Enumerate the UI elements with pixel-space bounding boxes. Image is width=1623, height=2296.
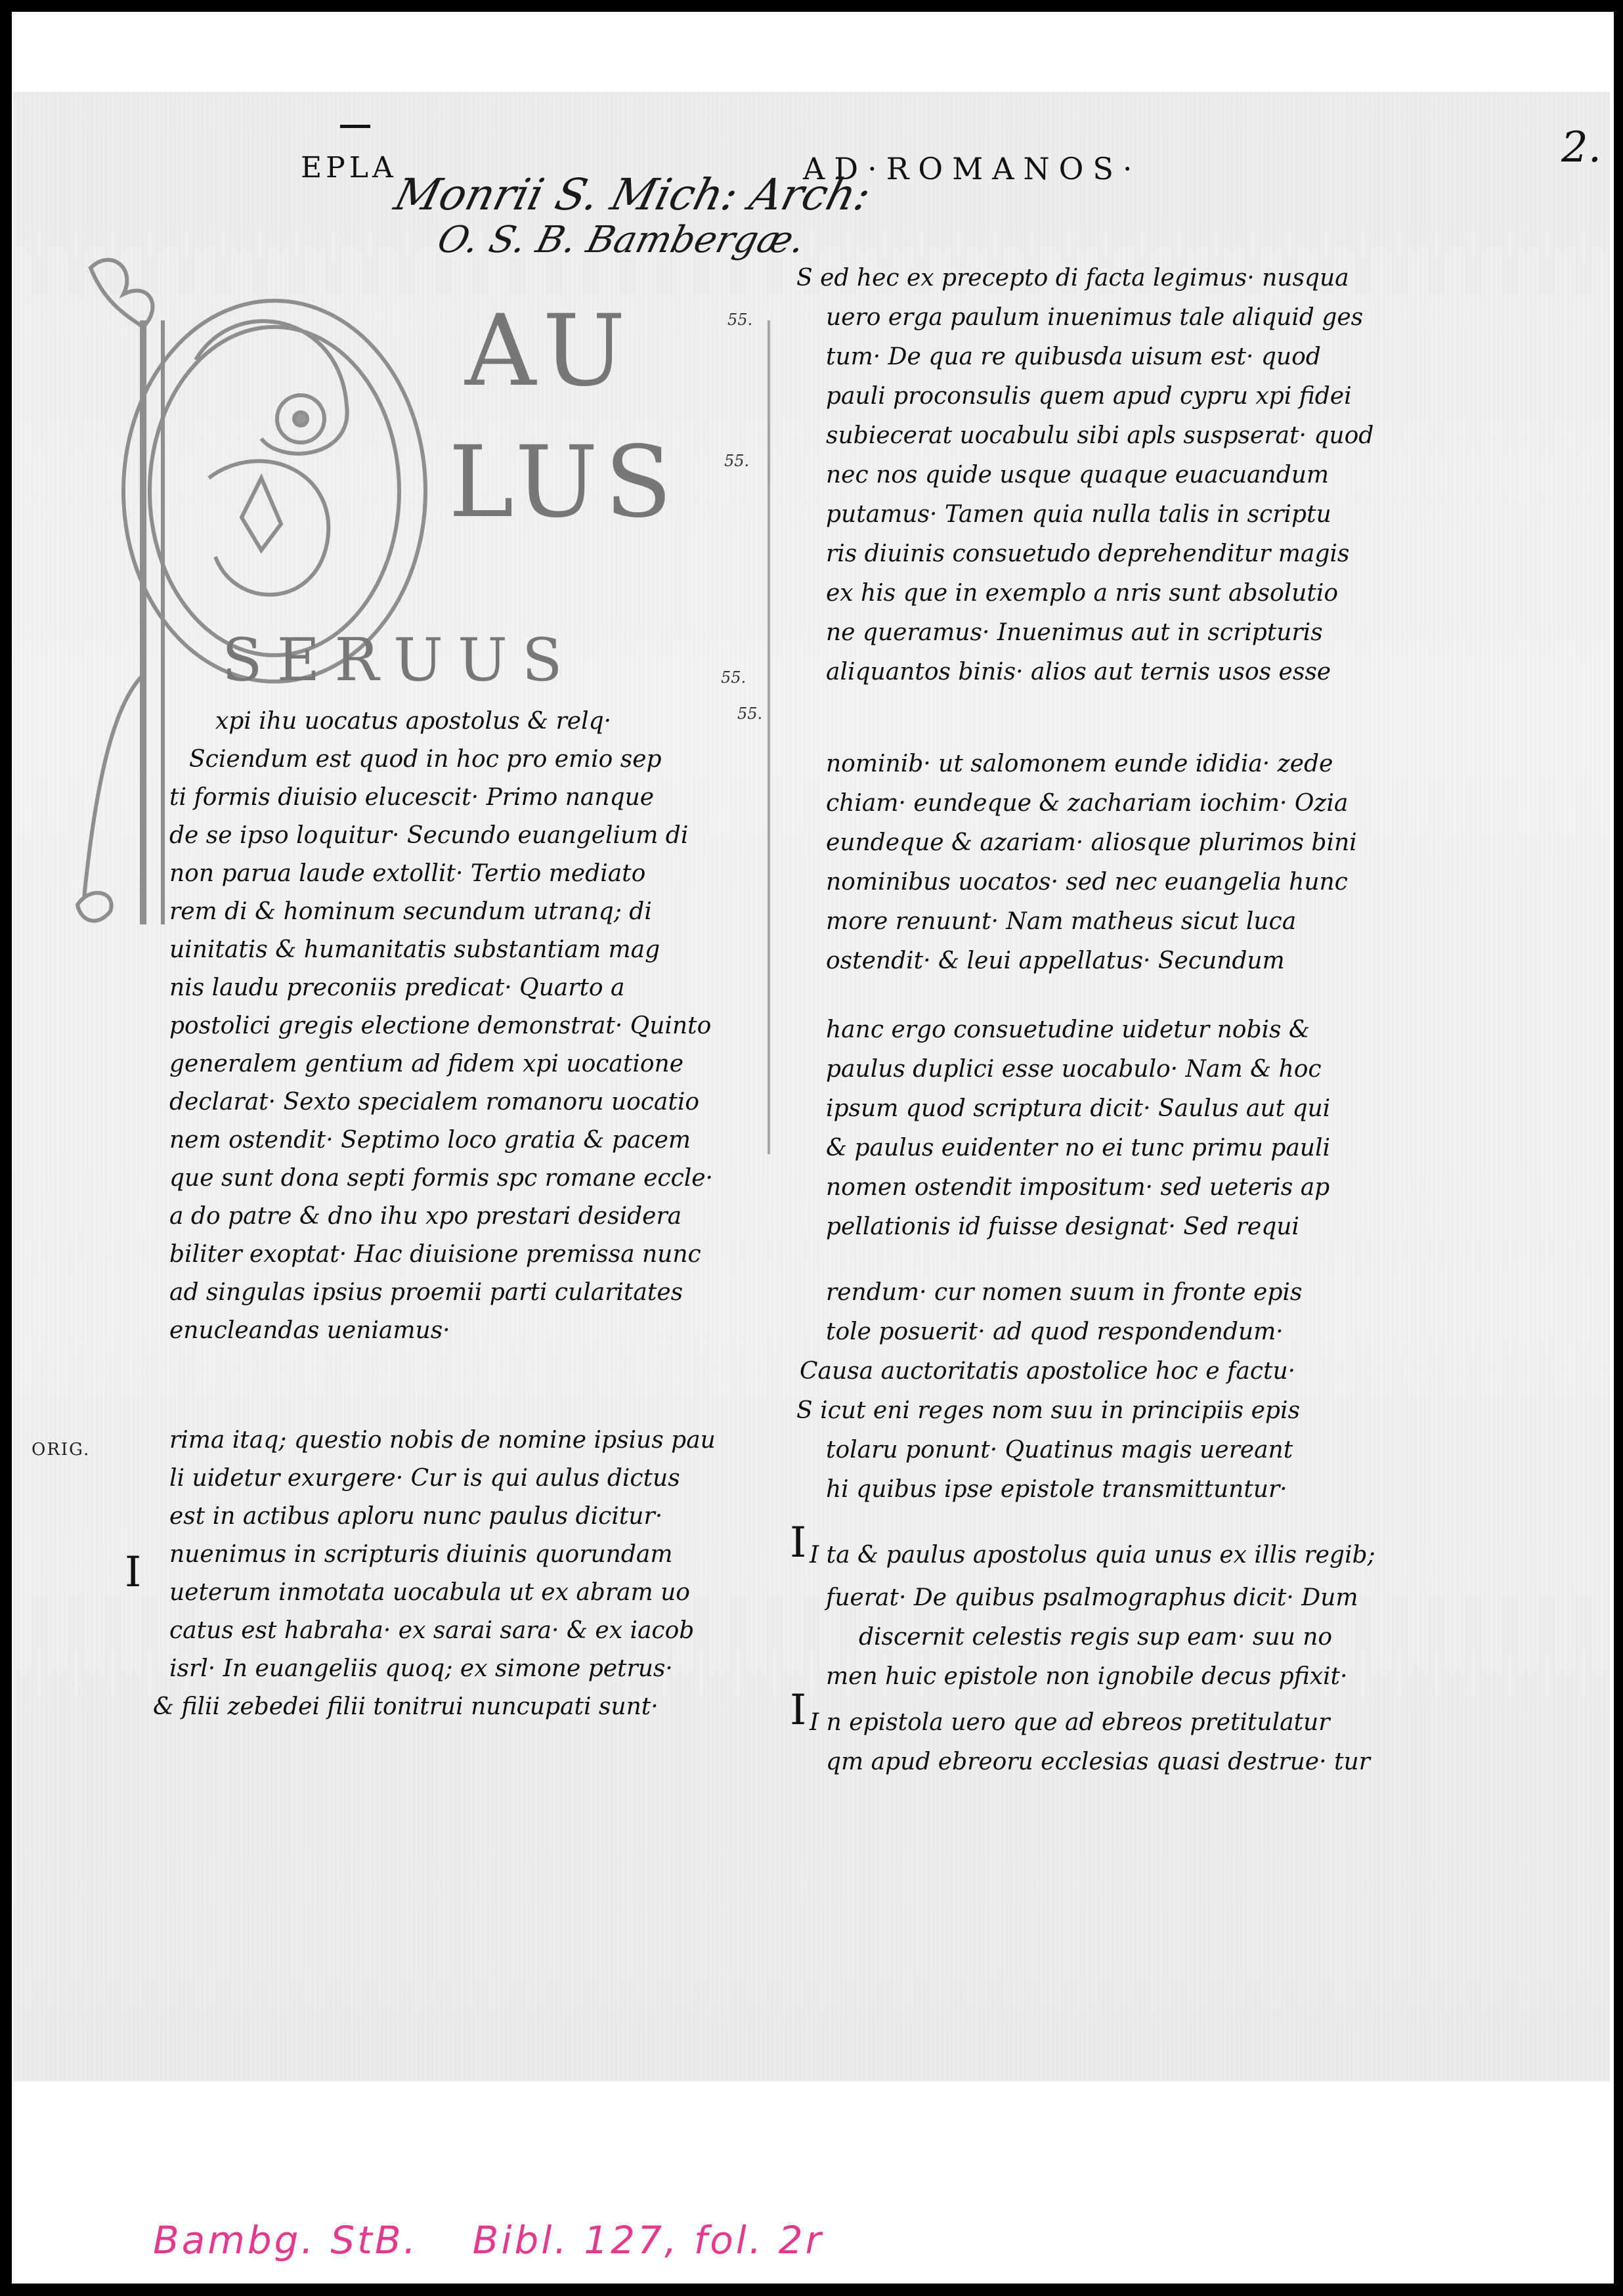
margin-note-orig: ORIG. [32, 1440, 90, 1460]
text-line: pauli proconsulis quem apud cypru xpi fi… [826, 383, 1352, 410]
text-line: catus est habraha· ex sarai sara· & ex i… [169, 1617, 694, 1644]
text-line: enucleandas ueniamus· [169, 1317, 450, 1344]
owner-inscription-line1: Monrii S. Mich: Arch: [389, 169, 876, 220]
text-line: I ta & paulus apostolus quia unus ex ill… [810, 1542, 1375, 1569]
paragraph-initial-i: I [125, 1548, 141, 1597]
text-line: nem ostendit· Septimo loco gratia & pace… [169, 1127, 691, 1154]
text-line: que sunt dona septi formis spc romane ec… [169, 1165, 713, 1192]
text-line: Sciendum est quod in hoc pro emio sep [189, 746, 662, 773]
text-line: discernit celestis regis sup eam· suu no [859, 1624, 1332, 1651]
text-line: uero erga paulum inuenimus tale aliquid … [826, 304, 1363, 331]
text-line: rendum· cur nomen suum in fronte epis [826, 1279, 1302, 1306]
text-line: ti formis diuisio elucescit· Primo nanqu… [169, 784, 654, 811]
text-line: nec nos quide usque quaque euacuandum [826, 462, 1329, 488]
display-letters-au: AU [465, 294, 632, 408]
text-line: ostendit· & leui appellatus· Secundum [826, 947, 1285, 974]
text-line: pellationis id fuisse designat· Sed requ… [826, 1213, 1299, 1240]
text-line: li uidetur exurgere· Cur is qui aulus di… [169, 1465, 680, 1492]
text-line: declarat· Sexto specialem romanoru uocat… [169, 1089, 699, 1116]
text-line: rima itaq; questio nobis de nomine ipsiu… [169, 1427, 716, 1454]
text-line: isrl· In euangeliis quoq; ex simone petr… [169, 1655, 673, 1682]
text-line: postolici gregis electione demonstrat· Q… [169, 1012, 711, 1039]
text-line: nis laudu preconiis predicat· Quarto a [169, 974, 625, 1001]
text-line: paulus duplici esse uocabulo· Nam & hoc [826, 1056, 1322, 1083]
text-line: tum· De qua re quibusda uisum est· quod [826, 343, 1321, 370]
column-ruling [767, 320, 771, 1154]
display-letters-lus: LUS [448, 425, 679, 540]
margin-mark: 55. [727, 311, 752, 329]
paragraph-initial-i: I [790, 1686, 806, 1735]
text-line: nominibus uocatos· sed nec euangelia hun… [826, 869, 1348, 896]
text-line: generalem gentium ad fidem xpi uocatione [169, 1051, 683, 1077]
library-shelfmark: Bambg. StB. Bibl. 127, fol. 2r [153, 2218, 863, 2263]
text-line: chiam· eundeque & zachariam iochim· Ozia [826, 790, 1348, 817]
text-line: S ed hec ex precepto di facta legimus· n… [796, 265, 1349, 292]
title-epla: EPLA [301, 151, 397, 184]
text-line: & paulus euidenter no ei tunc primu paul… [826, 1135, 1330, 1161]
text-line: qm apud ebreoru ecclesias quasi destrue·… [826, 1748, 1370, 1775]
owner-inscription-line2: O. S. B. Bambergæ. [433, 219, 810, 261]
text-line: subiecerat uocabulu sibi apls suspserat·… [826, 422, 1374, 449]
text-line: ipsum quod scriptura dicit· Saulus aut q… [826, 1095, 1330, 1122]
text-line: ad singulas ipsius proemii parti cularit… [169, 1279, 683, 1306]
margin-mark: 55. [737, 704, 762, 723]
text-line: est in actibus aploru nunc paulus dicitu… [169, 1503, 662, 1530]
text-line: ex his que in exemplo a nris sunt absolu… [826, 580, 1338, 607]
text-line: uinitatis & humanitatis substantiam mag [169, 936, 660, 963]
page-sheet: EPLA AD·ROMANOS· Monrii S. Mich: Arch: O… [12, 12, 1614, 2284]
text-line: tole posuerit· ad quod respondendum· [826, 1318, 1284, 1345]
text-line: I n epistola uero que ad ebreos pretitul… [810, 1709, 1330, 1736]
paragraph-initial-i: I [790, 1519, 806, 1567]
text-line: a do patre & dno ihu xpo prestari deside… [169, 1203, 682, 1230]
text-line: biliter exoptat· Hac diuisione premissa … [169, 1241, 701, 1268]
text-line: fuerat· De quibus psalmographus dicit· D… [826, 1584, 1358, 1611]
text-line: nomen ostendit impositum· sed ueteris ap [826, 1174, 1330, 1201]
shelfmark-signature: Bibl. 127, fol. 2r [473, 2218, 824, 2263]
text-line: hi quibus ipse epistole transmittuntur· [826, 1476, 1288, 1503]
text-line: non parua laude extollit· Tertio mediato [169, 860, 645, 887]
text-line: ris diuinis consuetudo deprehenditur mag… [826, 540, 1349, 567]
text-line: ueterum inmotata uocabula ut ex abram uo [169, 1579, 690, 1606]
text-line: nominib· ut salomonem eunde ididia· zede [826, 750, 1333, 777]
folio-number: 2. [1561, 123, 1601, 172]
text-line: xpi ihu uocatus apostolus & relq· [215, 708, 611, 735]
text-line: aliquantos binis· alios aut ternis usos … [826, 659, 1331, 685]
text-line: de se ipso loquitur· Secundo euangelium … [169, 822, 688, 849]
shelfmark-library: Bambg. StB. [153, 2218, 418, 2263]
text-line: tolaru ponunt· Quatinus magis uereant [826, 1437, 1293, 1463]
text-line: eundeque & azariam· aliosque plurimos bi… [826, 829, 1357, 856]
text-line: nuenimus in scripturis diuinis quorundam [169, 1541, 672, 1568]
text-line: putamus· Tamen quia nulla talis in scrip… [826, 501, 1331, 528]
text-line: hanc ergo consuetudine uidetur nobis & [826, 1016, 1310, 1043]
abbreviation-bar [340, 125, 370, 128]
margin-mark: 55. [724, 452, 749, 470]
text-line: ne queramus· Inuenimus aut in scripturis [826, 619, 1323, 646]
display-letters-seruus: SERUUS [222, 626, 576, 695]
text-line: more renuunt· Nam matheus sicut luca [826, 908, 1296, 935]
text-line: S icut eni reges nom suu in principiis e… [796, 1397, 1300, 1424]
text-line: rem di & hominum secundum utranq; di [169, 898, 652, 925]
text-line: Causa auctoritatis apostolice hoc e fact… [800, 1358, 1295, 1385]
text-line: & filii zebedei filii tonitrui nuncupati… [153, 1693, 659, 1720]
margin-mark: 55. [721, 668, 746, 687]
text-line: men huic epistole non ignobile decus pfi… [826, 1663, 1347, 1690]
